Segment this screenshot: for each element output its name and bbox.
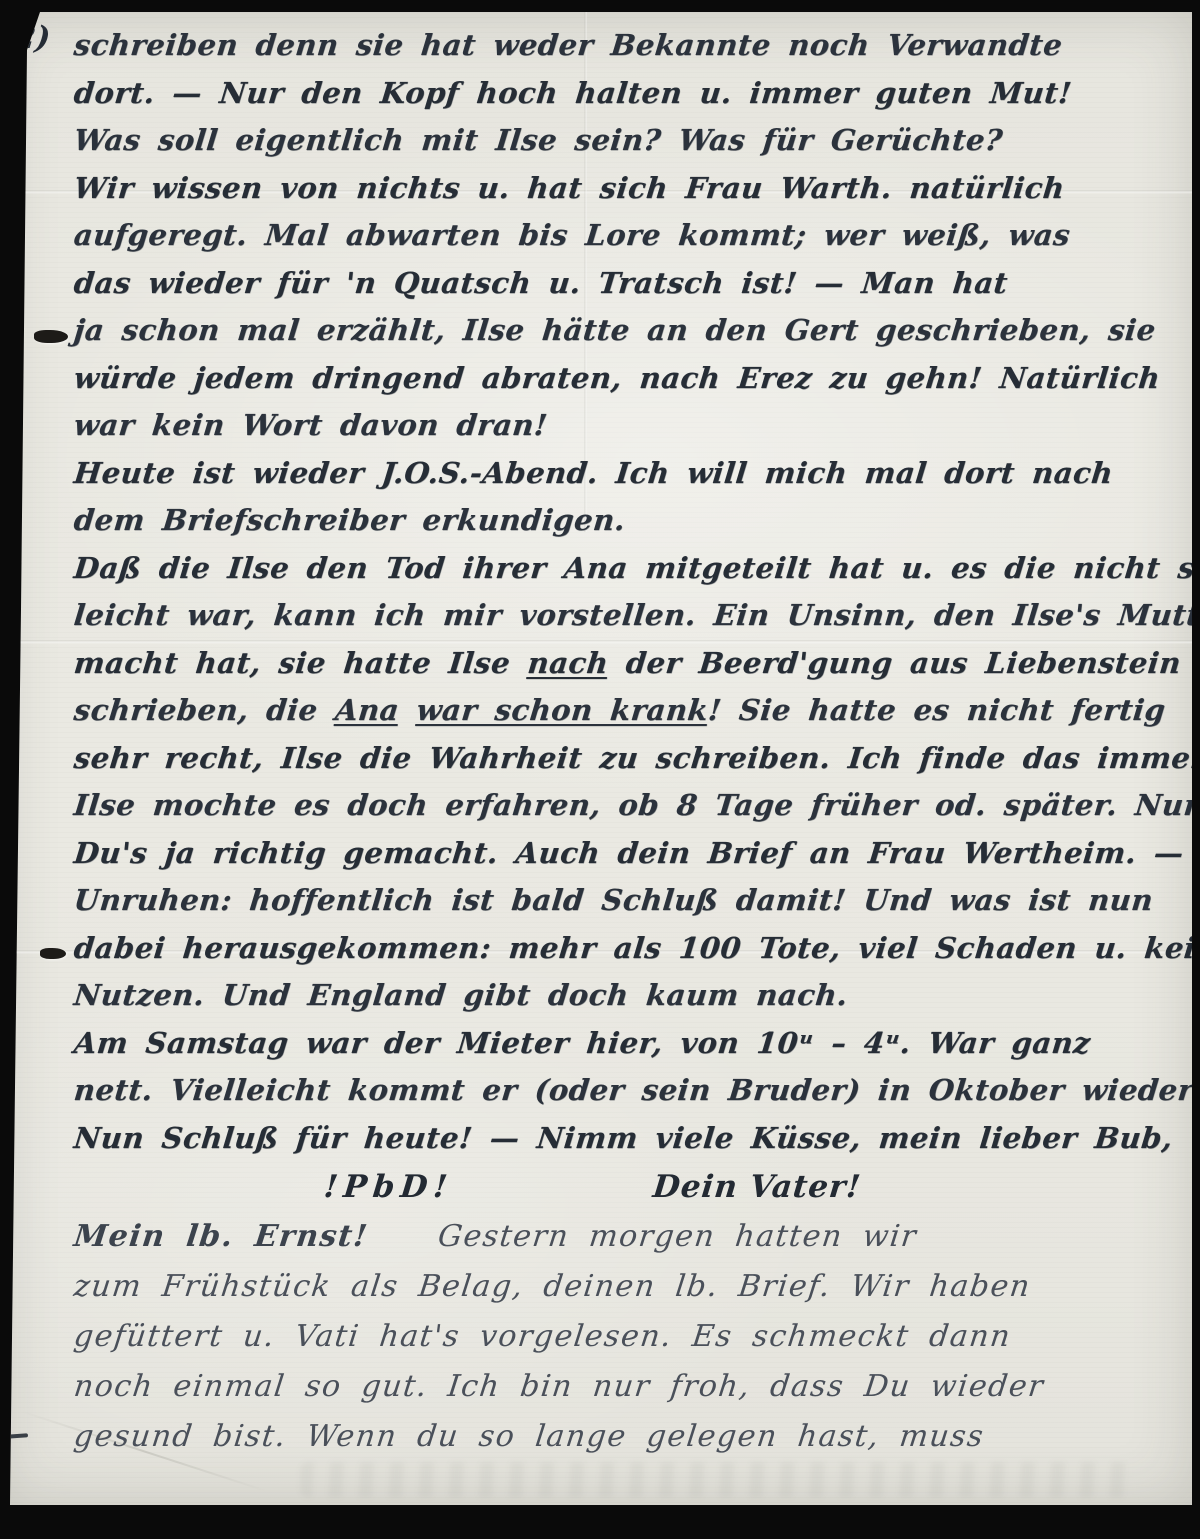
handwritten-line: gesund bist. Wenn du so lange gelegen ha…: [71, 1412, 1179, 1462]
handwritten-line: war kein Wort davon dran!: [72, 402, 1179, 450]
handwritten-line: würde jedem dringend abraten, nach Erez …: [72, 355, 1179, 403]
signature-dein-vater: Dein Vater!: [650, 1162, 863, 1212]
letter-body: schreiben denn sie hat weder Bekannte no…: [0, 18, 1192, 1462]
handwritten-line: dem Briefschreiber erkundigen.: [72, 497, 1179, 545]
handwritten-line: dabei herausgekommen: mehr als 100 Tote,…: [72, 925, 1179, 973]
handwritten-line: Ilse mochte es doch erfahren, ob 8 Tage …: [72, 782, 1179, 830]
letter-closing: !PbD! Dein Vater!: [71, 1162, 1178, 1212]
scanned-letter-page: 2) schreiben denn sie hat weder Bekannte…: [0, 0, 1200, 1539]
handwritten-line: zum Frühstück als Belag, deinen lb. Brie…: [71, 1262, 1179, 1312]
handwritten-line: Nun Schluß für heute! — Nimm viele Küsse…: [72, 1115, 1179, 1163]
handwritten-line: schreiben denn sie hat weder Bekannte no…: [72, 22, 1179, 70]
handwritten-line: aufgeregt. Mal abwarten bis Lore kommt; …: [72, 212, 1179, 260]
handwritten-line: Du's ja richtig gemacht. Auch dein Brief…: [72, 830, 1179, 878]
handwritten-line: dort. — Nur den Kopf hoch halten u. imme…: [72, 70, 1179, 118]
handwritten-line: Nutzen. Und England gibt doch kaum nach.: [72, 972, 1179, 1020]
letter-paper: 2) schreiben denn sie hat weder Bekannte…: [0, 12, 1192, 1505]
handwritten-line: sehr recht, Ilse die Wahrheit zu schreib…: [72, 735, 1179, 783]
second-hand-text: Mein lb. Ernst!Gestern morgen hatten wir…: [74, 1212, 1176, 1462]
first-hand-text: schreiben denn sie hat weder Bekannte no…: [74, 22, 1176, 1162]
handwritten-line: leicht war, kann ich mir vorstellen. Ein…: [72, 592, 1179, 640]
handwritten-line: gefüttert u. Vati hat's vorgelesen. Es s…: [71, 1312, 1179, 1362]
handwritten-line: noch einmal so gut. Ich bin nur froh, da…: [71, 1362, 1179, 1412]
handwritten-line: Wir wissen von nichts u. hat sich Frau W…: [72, 165, 1179, 213]
handwritten-line: Am Samstag war der Mieter hier, von 10ᵘ …: [72, 1020, 1179, 1068]
handwritten-line: schrieben, die Ana war schon krank! Sie …: [72, 687, 1179, 735]
salutation: Mein lb. Ernst!: [72, 1219, 370, 1254]
handwritten-line-text: Gestern morgen hatten wir: [436, 1219, 919, 1254]
handwritten-line: Heute ist wieder J.O.S.-Abend. Ich will …: [72, 450, 1179, 498]
handwritten-line: Was soll eigentlich mit Ilse sein? Was f…: [72, 117, 1179, 165]
handwritten-line: das wieder für 'n Quatsch u. Tratsch ist…: [72, 260, 1179, 308]
handwritten-line: ja schon mal erzählt, Ilse hätte an den …: [72, 307, 1179, 355]
handwritten-line: Unruhen: hoffentlich ist bald Schluß dam…: [72, 877, 1179, 925]
handwritten-line: Daß die Ilse den Tod ihrer Ana mitgeteil…: [72, 545, 1179, 593]
closing-abbreviation: !PbD!: [321, 1162, 455, 1212]
handwritten-line: nett. Vielleicht kommt er (oder sein Bru…: [72, 1067, 1179, 1115]
handwritten-line: Mein lb. Ernst!Gestern morgen hatten wir: [71, 1212, 1179, 1262]
bleed-through-ghost-text: [300, 1462, 1130, 1498]
handwritten-line: macht hat, sie hatte Ilse nach der Beerd…: [72, 640, 1179, 688]
